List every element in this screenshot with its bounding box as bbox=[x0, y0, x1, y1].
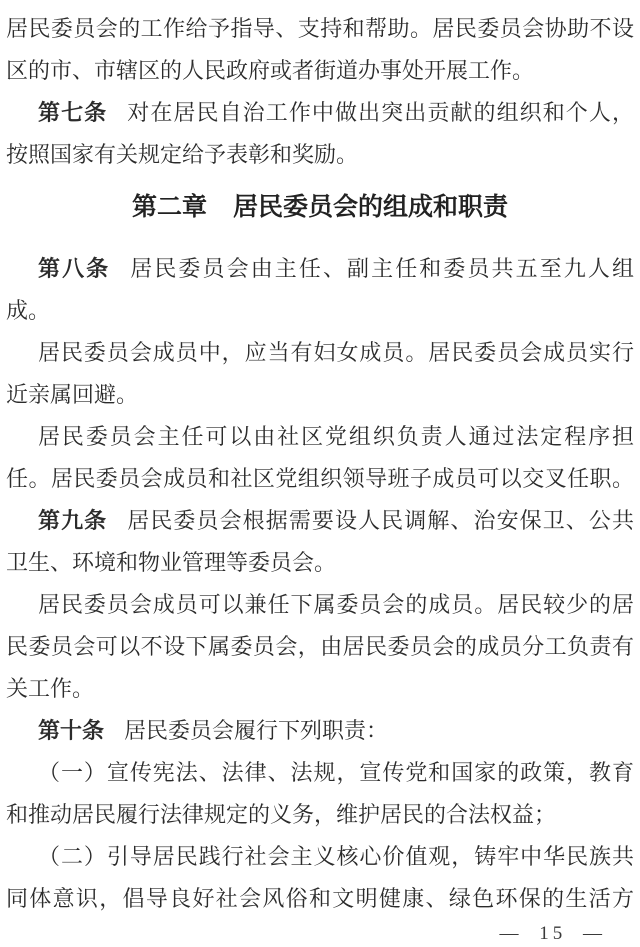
line-text: 居民委员会根据需要设人民调解、治安保卫、公共 bbox=[127, 508, 634, 533]
article-number: 第八条 bbox=[38, 256, 110, 281]
line-text: 居民委员会主任可以由社区党组织负责人通过法定程序担 bbox=[38, 424, 634, 449]
line-text: （一）宣传宪法、法律、法规，宣传党和国家的政策，教育 bbox=[38, 760, 634, 785]
text-line: 卫生、环境和物业管理等委员会。 bbox=[6, 542, 634, 584]
text-line: 成。 bbox=[6, 290, 634, 332]
text-line: 居民委员会主任可以由社区党组织负责人通过法定程序担 bbox=[6, 416, 634, 458]
document-page: 居民委员会的工作给予指导、支持和帮助。居民委员会协助不设区的市、市辖区的人民政府… bbox=[0, 0, 640, 947]
line-text: 关工作。 bbox=[6, 676, 94, 701]
line-text: 居民委员会履行下列职责： bbox=[124, 718, 388, 743]
text-line: 区的市、市辖区的人民政府或者街道办事处开展工作。 bbox=[6, 50, 634, 92]
document-body: 居民委员会的工作给予指导、支持和帮助。居民委员会协助不设区的市、市辖区的人民政府… bbox=[6, 8, 634, 947]
text-line: 关工作。 bbox=[6, 668, 634, 710]
line-text: 居民委员会由主任、副主任和委员共五至九人组 bbox=[130, 256, 634, 281]
text-line: 第九条居民委员会根据需要设人民调解、治安保卫、公共 bbox=[6, 500, 634, 542]
line-text: 居民委员会成员可以兼任下属委员会的成员。居民较少的居 bbox=[38, 592, 634, 617]
line-text: （二）引导居民践行社会主义核心价值观，铸牢中华民族共 bbox=[38, 844, 634, 869]
text-line: 第十条居民委员会履行下列职责： bbox=[6, 710, 634, 752]
article-number: 第七条 bbox=[38, 100, 107, 125]
text-line: 第七条对在居民自治工作中做出突出贡献的组织和个人， bbox=[6, 92, 634, 134]
line-text: 卫生、环境和物业管理等委员会。 bbox=[6, 550, 336, 575]
line-text: 按照国家有关规定给予表彰和奖励。 bbox=[6, 142, 358, 167]
chapter-heading: 第二章居民委员会的组成和职责 bbox=[6, 186, 634, 228]
article-number: 第十条 bbox=[38, 718, 104, 743]
text-line: 同体意识，倡导良好社会风俗和文明健康、绿色环保的生活方 bbox=[6, 878, 634, 920]
line-text: 居民委员会的工作给予指导、支持和帮助。居民委员会协助不设 bbox=[6, 16, 634, 41]
text-line: 居民委员会成员中，应当有妇女成员。居民委员会成员实行 bbox=[6, 332, 634, 374]
line-text: 居民委员会成员中，应当有妇女成员。居民委员会成员实行 bbox=[38, 340, 634, 365]
line-text: 近亲属回避。 bbox=[6, 382, 138, 407]
line-text: 同体意识，倡导良好社会风俗和文明健康、绿色环保的生活方 bbox=[6, 886, 634, 911]
chapter-number: 第二章 bbox=[132, 193, 207, 221]
text-line: 居民委员会成员可以兼任下属委员会的成员。居民较少的居 bbox=[6, 584, 634, 626]
line-text: 民委员会可以不设下属委员会，由居民委员会的成员分工负责有 bbox=[6, 634, 634, 659]
text-line: 按照国家有关规定给予表彰和奖励。 bbox=[6, 134, 634, 176]
article-number: 第九条 bbox=[38, 508, 107, 533]
text-line: （二）引导居民践行社会主义核心价值观，铸牢中华民族共 bbox=[6, 836, 634, 878]
line-text: 区的市、市辖区的人民政府或者街道办事处开展工作。 bbox=[6, 58, 534, 83]
text-line: （一）宣传宪法、法律、法规，宣传党和国家的政策，教育 bbox=[6, 752, 634, 794]
line-text: 和推动居民履行法律规定的义务，维护居民的合法权益； bbox=[6, 802, 556, 827]
line-text: 成。 bbox=[6, 298, 50, 323]
text-line: 民委员会可以不设下属委员会，由居民委员会的成员分工负责有 bbox=[6, 626, 634, 668]
chapter-title: 居民委员会的组成和职责 bbox=[233, 193, 508, 221]
text-line: 第八条居民委员会由主任、副主任和委员共五至九人组 bbox=[6, 248, 634, 290]
page-number: — 15 — bbox=[6, 920, 634, 947]
text-line: 和推动居民履行法律规定的义务，维护居民的合法权益； bbox=[6, 794, 634, 836]
line-text: 任。居民委员会成员和社区党组织领导班子成员可以交叉任职。 bbox=[6, 466, 634, 491]
text-line: 居民委员会的工作给予指导、支持和帮助。居民委员会协助不设 bbox=[6, 8, 634, 50]
text-line: 任。居民委员会成员和社区党组织领导班子成员可以交叉任职。 bbox=[6, 458, 634, 500]
line-text: 对在居民自治工作中做出突出贡献的组织和个人， bbox=[127, 100, 634, 125]
text-line: 近亲属回避。 bbox=[6, 374, 634, 416]
